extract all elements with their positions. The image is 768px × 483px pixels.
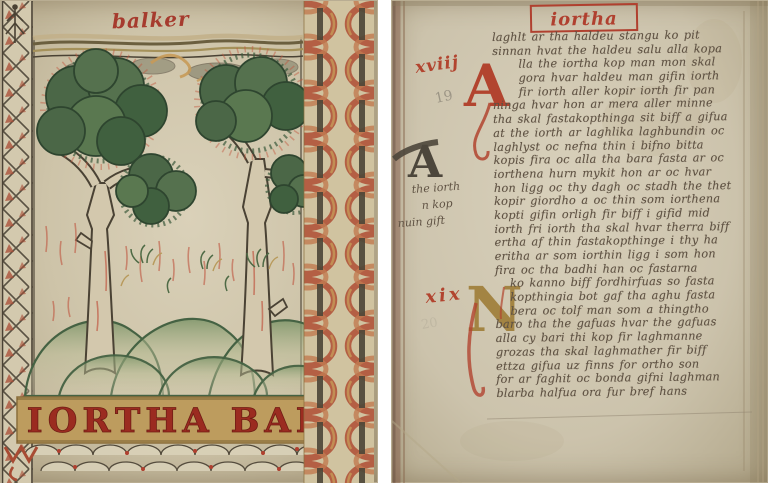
- right-page: iortha xviij 19 A A the iorth n kop nuin…: [391, 0, 768, 483]
- text-line: gora hvar haldeu man gifin iorth: [518, 69, 754, 86]
- margin-glosses: the iorth n kop nuin gift: [397, 180, 460, 230]
- chapter-number-pencil-20: 20: [420, 315, 439, 333]
- margin-gloss-1: the iorth: [411, 180, 460, 196]
- left-page: balker 32: [0, 0, 378, 483]
- margin-gloss-3: nuin gift: [397, 214, 446, 230]
- running-title-box: iortha: [531, 4, 637, 32]
- chapter-number-red-19: xix: [423, 283, 463, 308]
- running-title-right: iortha: [550, 8, 618, 30]
- running-title-left: balker: [112, 7, 191, 34]
- ruling-line: [487, 412, 752, 419]
- crease-line: [392, 421, 462, 483]
- chain-border: [304, 1, 374, 483]
- manuscript-photo: balker 32: [0, 0, 768, 483]
- text-block: laghlt ar tha haldeu stangu ko pit sinna…: [492, 28, 758, 401]
- chapter-number-red-18: xviij: [413, 52, 460, 78]
- cloud-scallops: [5, 445, 331, 480]
- foliage: [37, 49, 321, 225]
- margin-gloss-2: n kop: [421, 197, 453, 212]
- left-page-illustration: balker 32: [1, 1, 379, 483]
- chapter-number-pencil-19: 19: [434, 88, 455, 107]
